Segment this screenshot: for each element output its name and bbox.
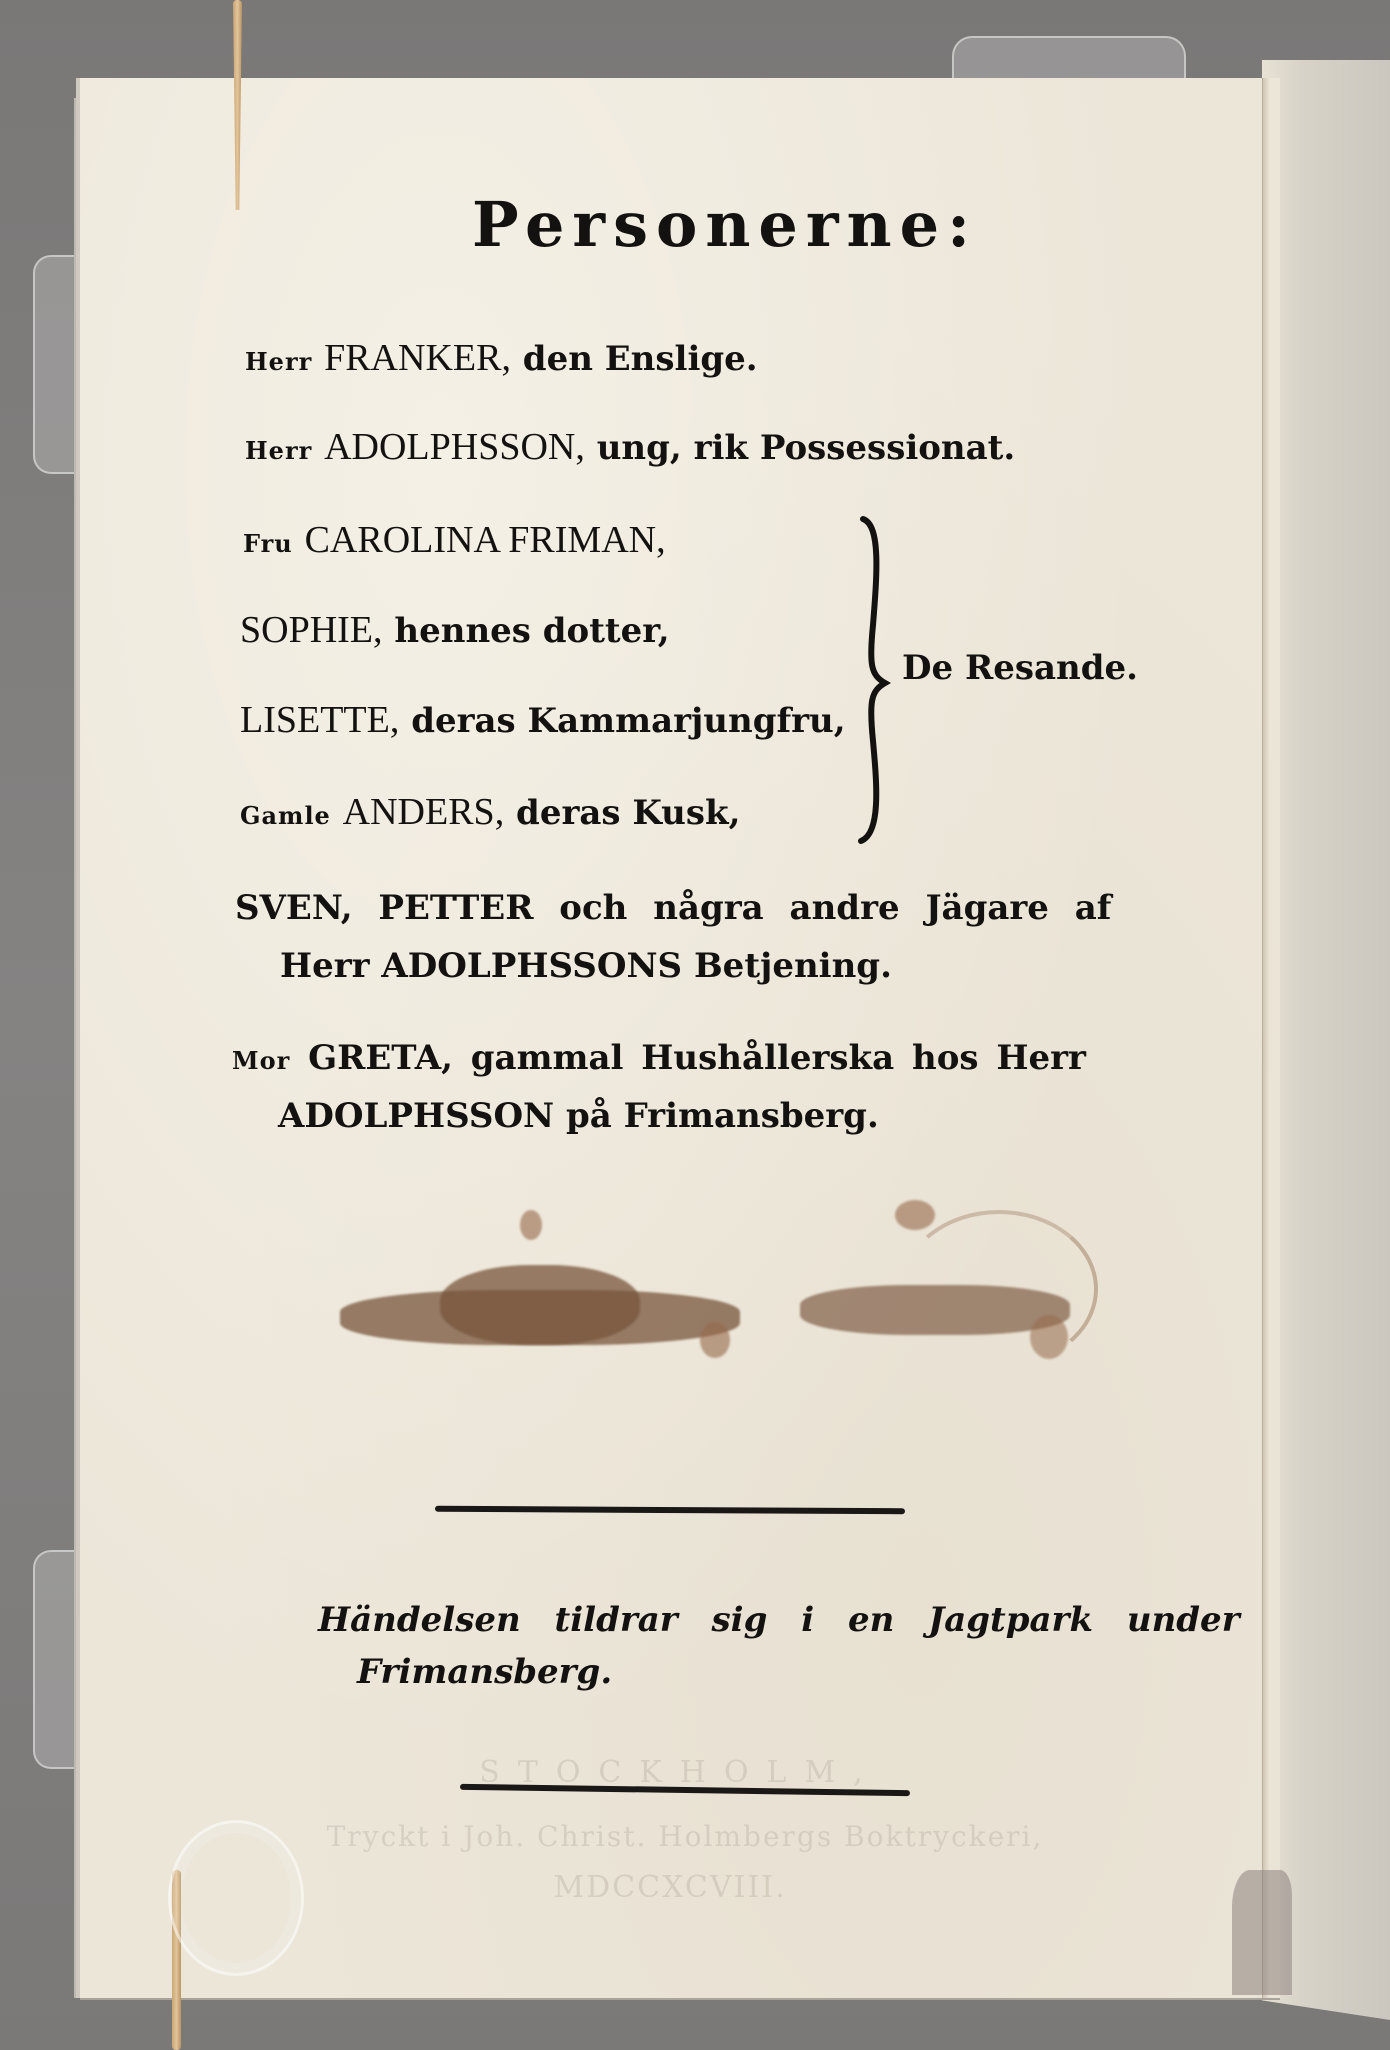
mount-clip-top (952, 36, 1186, 80)
character-name: CAROLINA FRIMAN, (305, 519, 666, 561)
facing-page (1262, 60, 1390, 2020)
honorific: Gamle (240, 801, 331, 830)
honorific: Fru (243, 529, 293, 558)
housekeeper-entry-line1: Mor GRETA, gammal Hushållerska hos Herr (232, 1038, 1086, 1078)
character-description: den Enslige. (523, 339, 758, 379)
character-entry: SOPHIE, hennes dotter, (240, 608, 670, 652)
show-through-line: MDCCXCVIII. (520, 1870, 820, 1905)
character-entry: Fru CAROLINA FRIMAN, (243, 518, 666, 562)
show-through-line: Tryckt i Joh. Christ. Holmbergs Boktryck… (300, 1820, 1070, 1853)
mount-clip-left-lower (33, 1550, 77, 1769)
character-entry: LISETTE, deras Kammarjungfru, (240, 698, 846, 742)
housekeeper-text: GRETA, gammal Hushållerska hos Herr (308, 1038, 1086, 1078)
character-name: ADOLPHSSON, (324, 426, 585, 468)
library-blind-stamp (168, 1820, 304, 1976)
honorific: Herr (245, 436, 312, 465)
character-name: SOPHIE, (240, 609, 383, 651)
document-scan: STOCKHOLM, Tryckt i Joh. Christ. Holmber… (0, 0, 1390, 2050)
hunters-entry-line2: Herr ADOLPHSSONS Betjening. (280, 946, 892, 986)
hunters-entry-line1: SVEN, PETTER och några andre Jägare af (235, 888, 1111, 928)
page-title: Personerne: (0, 188, 1390, 261)
character-name: ANDERS, (343, 791, 505, 833)
curly-brace-icon (855, 515, 895, 845)
character-name: FRANKER, (324, 337, 511, 379)
housekeeper-entry-line2: ADOLPHSSON på Frimansberg. (278, 1096, 879, 1136)
ink-drop (895, 1200, 935, 1230)
group-label: De Resande. (902, 648, 1138, 688)
character-description: ung, rik Possessionat. (597, 428, 1016, 468)
honorific: Mor (232, 1046, 290, 1075)
ink-drop (520, 1210, 542, 1240)
book-spine (1262, 78, 1269, 1998)
mount-clip-left-upper (33, 255, 77, 474)
character-entry: Herr ADOLPHSSON, ung, rik Possessionat. (245, 425, 1015, 469)
character-description: hennes dotter, (394, 611, 669, 651)
spine-damage (1232, 1870, 1292, 1995)
character-entry: Herr FRANKER, den Enslige. (245, 336, 758, 380)
character-name: LISETTE, (240, 699, 399, 741)
character-description: deras Kammarjungfru, (411, 701, 845, 741)
scene-description-line1: Händelsen tildrar sig i en Jagtpark unde… (318, 1600, 1240, 1640)
character-description: deras Kusk, (516, 793, 740, 833)
ink-drop (700, 1322, 730, 1358)
ink-stain (440, 1265, 640, 1345)
stain-ring (900, 1210, 1098, 1368)
honorific: Herr (245, 347, 312, 376)
scene-description-line2: Frimansberg. (357, 1652, 612, 1692)
character-entry: Gamle ANDERS, deras Kusk, (240, 790, 740, 834)
